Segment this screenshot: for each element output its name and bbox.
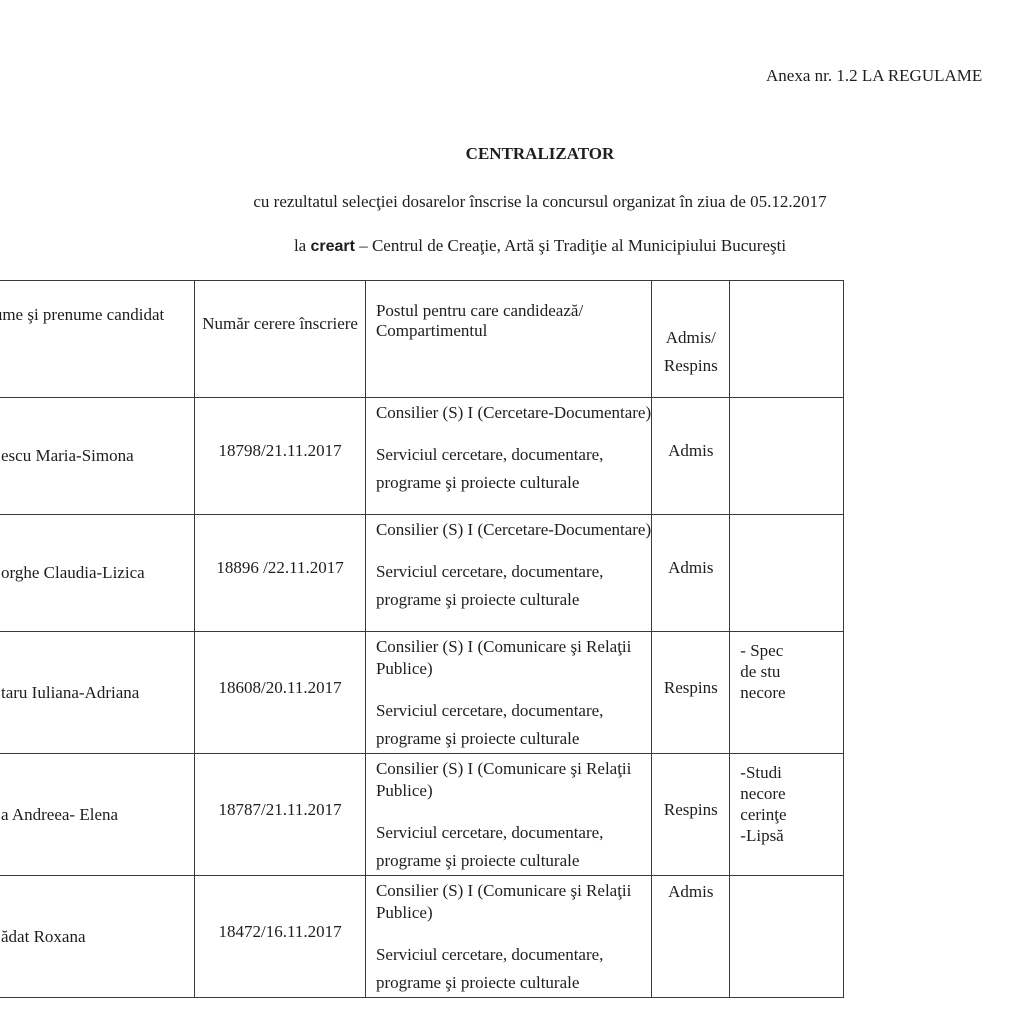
post-cell: Consilier (S) I (Cercetare-Documentare) … [365,515,651,632]
institution-line: la creart – Centrul de Creaţie, Artă şi … [0,236,1024,256]
post-cell: Consilier (S) I (Comunicare şi Relaţii P… [365,876,651,998]
column-header-name: ume şi prenume candidat [0,281,195,398]
status-cell: Admis [652,876,730,998]
post-cell: Consilier (S) I (Comunicare şi Relaţii P… [365,754,651,876]
application-number: 18608/20.11.2017 [195,632,366,754]
application-number: 18787/21.11.2017 [195,754,366,876]
post-department: Serviciul cercetare, documentare, progra… [376,819,651,875]
table-row: orghe Claudia-Lizica 18896 /22.11.2017 C… [0,515,844,632]
observation-line: - Spec [740,640,843,661]
annex-reference: Anexa nr. 1.2 LA REGULAME [766,66,982,86]
observations-cell: -Studinecorecerinţe-Lipsă [730,754,844,876]
observation-line: necore [740,682,843,703]
candidate-name: taru Iuliana-Adriana [0,632,195,754]
table-row: a Andreea- Elena 18787/21.11.2017 Consil… [0,754,844,876]
institution-name: – Centrul de Creaţie, Artă şi Tradiţie a… [355,236,786,255]
observation-line: -Studi [740,762,843,783]
post-title: Consilier (S) I (Comunicare şi Relaţii P… [376,880,651,924]
column-header-status: Admis/Respins [652,281,730,398]
candidate-name: orghe Claudia-Lizica [0,515,195,632]
column-header-observations [730,281,844,398]
column-header-post: Postul pentru care candidează/ Compartim… [365,281,651,398]
table-header-row: ume şi prenume candidat Număr cerere îns… [0,281,844,398]
post-title: Consilier (S) I (Comunicare şi Relaţii P… [376,758,651,802]
document-subtitle: cu rezultatul selecţiei dosarelor înscri… [0,192,1024,212]
status-cell: Admis [652,515,730,632]
document-title: CENTRALIZATOR [0,144,1024,164]
institution-brand: creart [310,238,354,255]
column-header-number: Număr cerere înscriere [195,281,366,398]
status-cell: Respins [652,632,730,754]
post-department: Serviciul cercetare, documentare, progra… [376,941,651,997]
status-cell: Admis [652,398,730,515]
post-department: Serviciul cercetare, documentare, progra… [376,697,651,753]
observations-cell [730,515,844,632]
observation-line: de stu [740,661,843,682]
application-number: 18798/21.11.2017 [195,398,366,515]
candidate-name: escu Maria-Simona [0,398,195,515]
status-cell: Respins [652,754,730,876]
table-row: ădat Roxana 18472/16.11.2017 Consilier (… [0,876,844,998]
observation-line: necore [740,783,843,804]
post-title: Consilier (S) I (Comunicare şi Relaţii P… [376,636,651,680]
observations-cell: - Spec de stunecore [730,632,844,754]
table-row: escu Maria-Simona 18798/21.11.2017 Consi… [0,398,844,515]
observation-line: -Lipsă [740,825,843,846]
candidate-name: ădat Roxana [0,876,195,998]
observations-cell [730,876,844,998]
application-number: 18896 /22.11.2017 [195,515,366,632]
post-title: Consilier (S) I (Cercetare-Documentare) [376,402,651,424]
post-cell: Consilier (S) I (Cercetare-Documentare) … [365,398,651,515]
post-title: Consilier (S) I (Cercetare-Documentare) [376,519,651,541]
institution-prefix: la [294,236,311,255]
table-row: taru Iuliana-Adriana 18608/20.11.2017 Co… [0,632,844,754]
candidate-name: a Andreea- Elena [0,754,195,876]
observation-line: cerinţe [740,804,843,825]
post-department: Serviciul cercetare, documentare, progra… [376,558,651,614]
results-table: ume şi prenume candidat Număr cerere îns… [0,280,844,998]
observations-cell [730,398,844,515]
post-department: Serviciul cercetare, documentare, progra… [376,441,651,497]
application-number: 18472/16.11.2017 [195,876,366,998]
post-cell: Consilier (S) I (Comunicare şi Relaţii P… [365,632,651,754]
